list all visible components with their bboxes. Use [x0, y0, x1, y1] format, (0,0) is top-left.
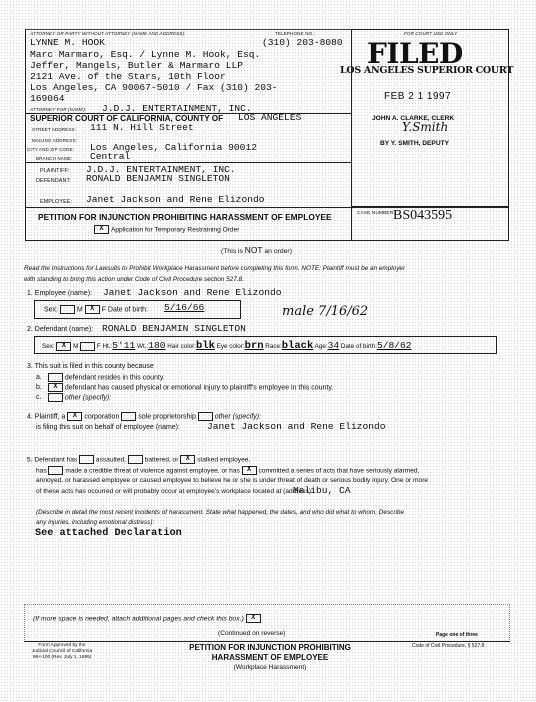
corporation-checkbox[interactable]: X	[67, 412, 82, 421]
item5-row-1: 5. Defendant has assaulted, battered, or…	[27, 455, 250, 464]
attorney-for-label: ATTORNEY FOR (Name):	[30, 107, 86, 112]
instructions-line-1: Read the Instructions for Lawsuits to Pr…	[24, 265, 405, 272]
attorney-line-1: Marc Marmaro, Esq. / Lynne M. Hook, Esq.	[30, 49, 260, 60]
employee-label: EMPLOYEE:	[40, 199, 72, 205]
court-form-page: ATTORNEY OR PARTY WITHOUT ATTORNEY (Name…	[0, 0, 536, 702]
not-order-notice: (This is NOT an order)	[221, 245, 292, 255]
defendant-label: DEFENDANT:	[36, 178, 71, 184]
page-indicator: Page one of three	[436, 632, 478, 638]
attorney-label: ATTORNEY OR PARTY WITHOUT ATTORNEY (Name…	[30, 31, 185, 36]
defendant: RONALD BENJAMIN SINGLETON	[86, 173, 230, 184]
item2-weight: 180	[148, 340, 165, 351]
item2-male-checkbox[interactable]: X	[56, 342, 71, 351]
court-use-label: FOR COURT USE ONLY	[404, 31, 457, 36]
employee: Janet Jackson and Rene Elizondo	[86, 194, 264, 205]
telephone-number: (310) 203-8080	[262, 37, 343, 48]
item2-female-checkbox[interactable]	[80, 342, 95, 351]
credible-threat-checkbox[interactable]	[48, 466, 63, 475]
item4-row: 4. Plaintiff, a X corporation sole propr…	[27, 412, 261, 421]
form-title: PETITION FOR INJUNCTION PROHIBITING HARA…	[38, 212, 332, 222]
item1-employee-name: Janet Jackson and Rene Elizondo	[103, 287, 281, 298]
telephone-label: TELEPHONE NO.:	[275, 31, 315, 36]
tro-label: Application for Temporary Restraining Or…	[111, 226, 240, 233]
item3-option-c: c. other (specify):	[36, 393, 111, 402]
item3-label: 3. This suit is filed in this county bec…	[27, 363, 154, 370]
filed-stamp: FILED	[367, 40, 463, 68]
mailing-label: MAILING ADDRESS:	[32, 138, 77, 143]
item2-eye: brn	[245, 340, 264, 352]
item3-option-a: a. defendant resides in this county.	[36, 373, 165, 382]
item3-a-checkbox[interactable]	[48, 373, 63, 382]
series-of-acts-checkbox[interactable]: X	[242, 466, 257, 475]
footer-divider	[24, 641, 510, 642]
item1-details: Sex: M X F Date of birth:	[44, 305, 148, 314]
item5-row-3: annoyed, or harassed employee or caused …	[36, 477, 428, 484]
street-label: STREET ADDRESS:	[32, 127, 76, 132]
stamp-deputy: BY Y. SMITH, DEPUTY	[380, 140, 449, 147]
instructions-line-2: with standing to bring this action under…	[24, 276, 244, 283]
attorney-line-5: 169064	[30, 93, 65, 104]
item1-label: 1. Employee (name):	[27, 290, 92, 297]
plaintiff-label: PLAINTIFF:	[40, 168, 69, 174]
item2-dob: 5/8/62	[377, 340, 412, 351]
divider	[351, 207, 352, 241]
continued-on-reverse: (Continued on reverse)	[218, 630, 285, 637]
divider	[25, 162, 351, 163]
stamp-court: LOS ANGELES SUPERIOR COURT	[340, 65, 513, 76]
case-number-label: CASE NUMBER:	[357, 211, 395, 216]
handwritten-note: male 7/16/62	[282, 304, 368, 319]
item5-row-2: has made a credible threat of violence a…	[36, 466, 419, 475]
more-space-row: (If more space is needed, attach additio…	[33, 614, 261, 623]
street: 111 N. Hill Street	[90, 122, 194, 133]
code-reference: Code of Civil Procedure, § 527.8	[412, 643, 484, 649]
item5-row-4: of these acts has occurred or will proba…	[36, 488, 313, 495]
stalked-checkbox[interactable]: X	[180, 455, 195, 464]
describe-line-1: (Describe in detail the most recent inci…	[36, 509, 404, 516]
item1-female-checkbox[interactable]: X	[85, 305, 100, 314]
describe-line-2: any injuries, including emotional distre…	[36, 519, 154, 526]
item4-behalf-label: is filing this suit on behalf of employe…	[36, 424, 180, 431]
attorney-line-4: Los Angeles, CA 90067-5010 / Fax (310) 2…	[30, 82, 278, 93]
attorney-name: LYNNE M. HOOK	[30, 37, 105, 48]
item2-details: Sex: X M F Ht.:5'11 Wt.:180 Hair color:b…	[42, 340, 412, 352]
sole-proprietorship-checkbox[interactable]	[121, 412, 136, 421]
attorney-line-2: Jeffer, Mangels, Butler & Marmaro LLP	[30, 60, 243, 71]
item3-b-checkbox[interactable]: X	[48, 383, 63, 392]
tro-checkbox[interactable]: X	[94, 225, 109, 234]
item2-race: black	[282, 340, 314, 352]
clerk-signature: Y.Smith	[402, 120, 448, 134]
branch: Central	[90, 151, 130, 162]
branch-label: BRANCH NAME:	[36, 156, 72, 161]
item1-male-checkbox[interactable]	[60, 305, 75, 314]
case-number: BS043595	[393, 208, 452, 224]
item2-defendant-name: RONALD BENJAMIN SINGLETON	[102, 323, 246, 334]
footer-title: PETITION FOR INJUNCTION PROHIBITING HARA…	[160, 643, 380, 673]
item2-label: 2. Defendant (name):	[27, 326, 93, 333]
item2-age: 34	[328, 340, 340, 351]
other-checkbox[interactable]	[198, 412, 213, 421]
battered-checkbox[interactable]	[128, 455, 143, 464]
city-label: CITY AND ZIP CODE:	[27, 147, 74, 152]
item3-option-b: b. X defendant has caused physical or em…	[36, 383, 333, 392]
item3-c-checkbox[interactable]	[48, 393, 63, 402]
attorney-line-3: 2121 Ave. of the Stars, 10th Floor	[30, 71, 226, 82]
more-space-checkbox[interactable]: X	[246, 614, 261, 623]
item2-hair: blk	[196, 340, 215, 352]
item2-height: 5'11	[112, 340, 135, 351]
tro-row: X Application for Temporary Restraining …	[94, 225, 239, 234]
assaulted-checkbox[interactable]	[79, 455, 94, 464]
item4-behalf-name: Janet Jackson and Rene Elizondo	[207, 421, 385, 432]
county: LOS ANGELES	[238, 112, 301, 123]
form-approved: Form Approved by the Judicial Council of…	[22, 643, 102, 661]
harassment-details: See attached Declaration	[35, 528, 182, 539]
workplace-address: Malibu, CA	[293, 485, 351, 496]
stamp-date: FEB 2 1 1997	[384, 91, 451, 102]
item1-dob: 5/16/66	[164, 302, 236, 313]
